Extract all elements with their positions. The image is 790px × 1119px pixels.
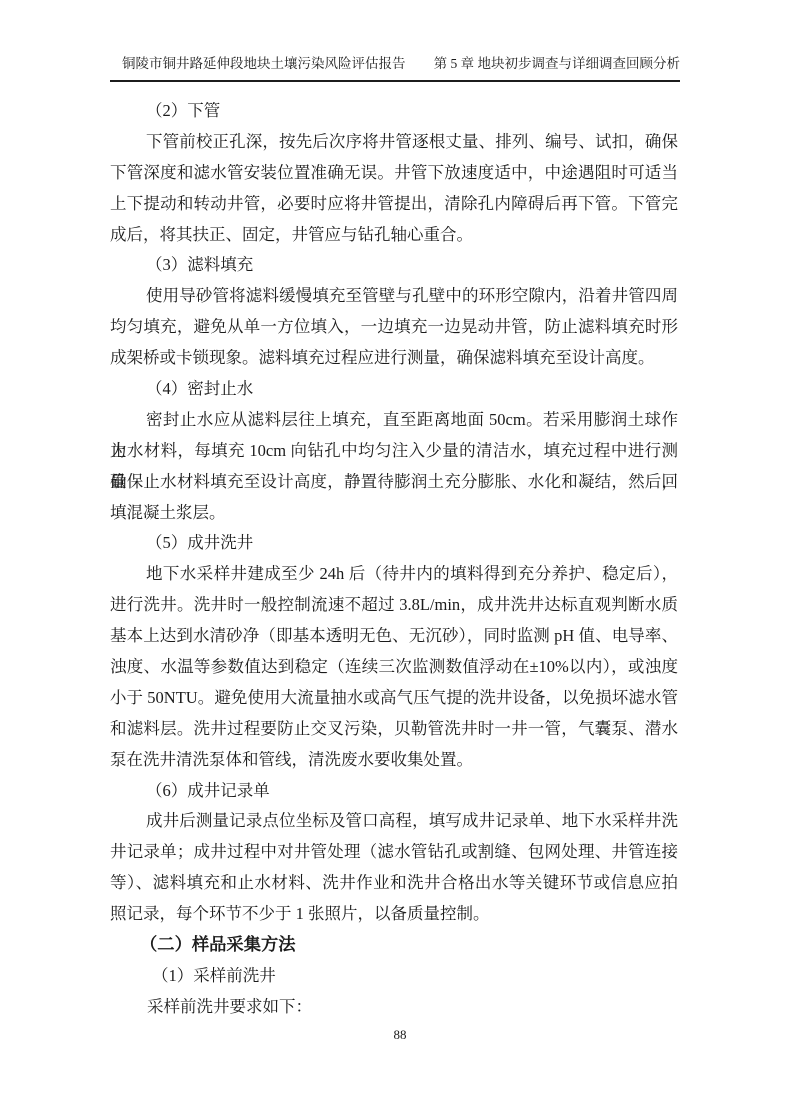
intro-line: 采样前洗井要求如下： (110, 992, 678, 1023)
page-footer: 88 (110, 1027, 690, 1043)
section-heading-2: （2）下管 (110, 96, 678, 127)
paragraph-line: 密封止水应从滤料层往上填充，直至距离地面 50cm。若采用膨润土球作为 (110, 405, 678, 436)
page-body: （2）下管 下管前校正孔深，按先后次序将井管逐根丈量、排列、编号、试扣，确保 下… (110, 96, 678, 1023)
paragraph-line: 成架桥或卡锁现象。滤料填充过程应进行测量，确保滤料填充至设计高度。 (110, 343, 678, 374)
section-heading-6: （6）成井记录单 (110, 776, 678, 807)
section-heading-4: （4）密封止水 (110, 374, 678, 405)
paragraph-line: 进行洗井。洗井时一般控制流速不超过 3.8L/min，成井洗井达标直观判断水质 (110, 590, 678, 621)
paragraph-line: 小于 50NTU。避免使用大流量抽水或高气压气提的洗井设备，以免损坏滤水管 (110, 683, 678, 714)
header-divider (110, 80, 680, 82)
paragraph-line: 和滤料层。洗井过程要防止交叉污染，贝勒管洗井时一井一管，气囊泵、潜水 (110, 714, 678, 745)
list-heading-pre-sampling-purge: （1）采样前洗井 (110, 961, 678, 992)
paragraph-line: 泵在洗井清洗泵体和管线，清洗废水要收集处置。 (110, 745, 678, 776)
document-page: 铜陵市铜井路延伸段地块土壤污染风险评估报告 第 5 章 地块初步调查与详细调查回… (0, 0, 790, 1119)
header-left-title: 铜陵市铜井路延伸段地块土壤污染风险评估报告 (110, 55, 406, 73)
page-number: 88 (394, 1027, 407, 1042)
paragraph-line: 上下提动和转动井管，必要时应将井管提出，清除孔内障碍后再下管。下管完 (110, 189, 678, 220)
paragraph-line: 基本上达到水清砂净（即基本透明无色、无沉砂），同时监测 pH 值、电导率、 (110, 621, 678, 652)
paragraph-line: 成井后测量记录点位坐标及管口高程，填写成井记录单、地下水采样井洗 (110, 806, 678, 837)
paragraph-line: 下管深度和滤水管安装位置准确无误。井管下放速度适中，中途遇阻时可适当 (110, 158, 678, 189)
paragraph-line: 浊度、水温等参数值达到稳定（连续三次监测数值浮动在±10%以内），或浊度 (110, 652, 678, 683)
paragraph-line: 下管前校正孔深，按先后次序将井管逐根丈量、排列、编号、试扣，确保 (110, 127, 678, 158)
section-heading-3: （3）滤料填充 (110, 250, 678, 281)
paragraph-line: 确保止水材料填充至设计高度，静置待膨润土充分膨胀、水化和凝结，然后回 (110, 467, 678, 498)
paragraph-line: 止水材料，每填充 10cm 向钻孔中均匀注入少量的清洁水，填充过程中进行测量， (110, 436, 678, 467)
paragraph-line: 等）、滤料填充和止水材料、洗井作业和洗井合格出水等关键环节或信息应拍 (110, 868, 678, 899)
paragraph-line: 均匀填充，避免从单一方位填入，一边填充一边晃动井管，防止滤料填充时形 (110, 312, 678, 343)
paragraph-line: 地下水采样井建成至少 24h 后（待井内的填料得到充分养护、稳定后）， (110, 559, 678, 590)
paragraph-line: 井记录单；成井过程中对井管处理（滤水管钻孔或割缝、包网处理、井管连接 (110, 837, 678, 868)
paragraph-line: 照记录，每个环节不少于 1 张照片，以备质量控制。 (110, 899, 678, 930)
paragraph-line: 填混凝土浆层。 (110, 498, 678, 529)
section-heading-5: （5）成井洗井 (110, 528, 678, 559)
subsection-heading-sampling-methods: （二）样品采集方法 (110, 930, 678, 961)
header-right-title: 第 5 章 地块初步调查与详细调查回顾分析 (434, 55, 680, 73)
page-header: 铜陵市铜井路延伸段地块土壤污染风险评估报告 第 5 章 地块初步调查与详细调查回… (110, 55, 680, 73)
paragraph-line: 使用导砂管将滤料缓慢填充至管壁与孔壁中的环形空隙内，沿着井管四周 (110, 281, 678, 312)
paragraph-line: 成后，将其扶正、固定，井管应与钻孔轴心重合。 (110, 220, 678, 251)
